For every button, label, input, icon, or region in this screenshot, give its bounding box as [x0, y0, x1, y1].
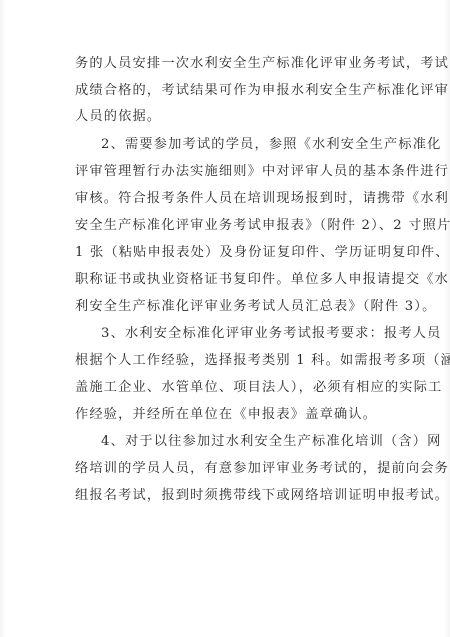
paragraph-1-line-1: 务的人员安排一次水利安全生产标准化评审业务考试，考试	[75, 55, 385, 73]
paragraph-2-line-3: 审核。符合报考条件人员在培训现场报到时，请携带《水利	[75, 190, 385, 208]
paragraph-3-line-1: 3、水利安全标准化评审业务考试报考要求：报考人员	[101, 325, 385, 343]
paragraph-3-line-2: 根据个人工作经验，选择报考类别 1 科。如需报考多项（涵	[75, 352, 385, 370]
paragraph-2-line-4: 安全生产标准化评审业务考试申报表》（附件 2）、2 寸照片	[75, 217, 385, 235]
paragraph-1-line-2: 成绩合格的，考试结果可作为申报水利安全生产标准化评审	[75, 82, 385, 100]
paragraph-2-line-2: 评审管理暂行办法实施细则》中对评审人员的基本条件进行	[75, 163, 385, 181]
paragraph-2-line-6: 职称证书或执业资格证书复印件。单位多人申报请提交《水	[75, 271, 385, 289]
paragraph-3-line-4: 作经验，并经所在单位在《申报表》盖章确认。	[75, 406, 385, 424]
paragraph-1-line-3: 人员的依据。	[75, 108, 385, 126]
paragraph-4-line-2: 络培训的学员人员，有意参加评审业务考试的，提前向会务	[75, 460, 385, 478]
paragraph-2-line-5: 1 张（粘贴申报表处）及身份证复印件、学历证明复印件、	[75, 244, 385, 262]
paragraph-2-line-1: 2、需要参加考试的学员，参照《水利安全生产标准化	[101, 136, 385, 154]
paragraph-2-line-7: 利安全生产标准化评审业务考试人员汇总表》（附件 3）。	[75, 298, 385, 316]
paragraph-3-line-3: 盖施工企业、水管单位、项目法人），必须有相应的实际工	[75, 379, 385, 397]
document-page: 务的人员安排一次水利安全生产标准化评审业务考试，考试 成绩合格的，考试结果可作为…	[0, 0, 450, 637]
paragraph-4-line-3: 组报名考试，报到时须携带线下或网络培训证明申报考试。	[75, 487, 385, 505]
paragraph-4-line-1: 4、对于以往参加过水利安全生产标准化培训（含）网	[101, 433, 385, 451]
